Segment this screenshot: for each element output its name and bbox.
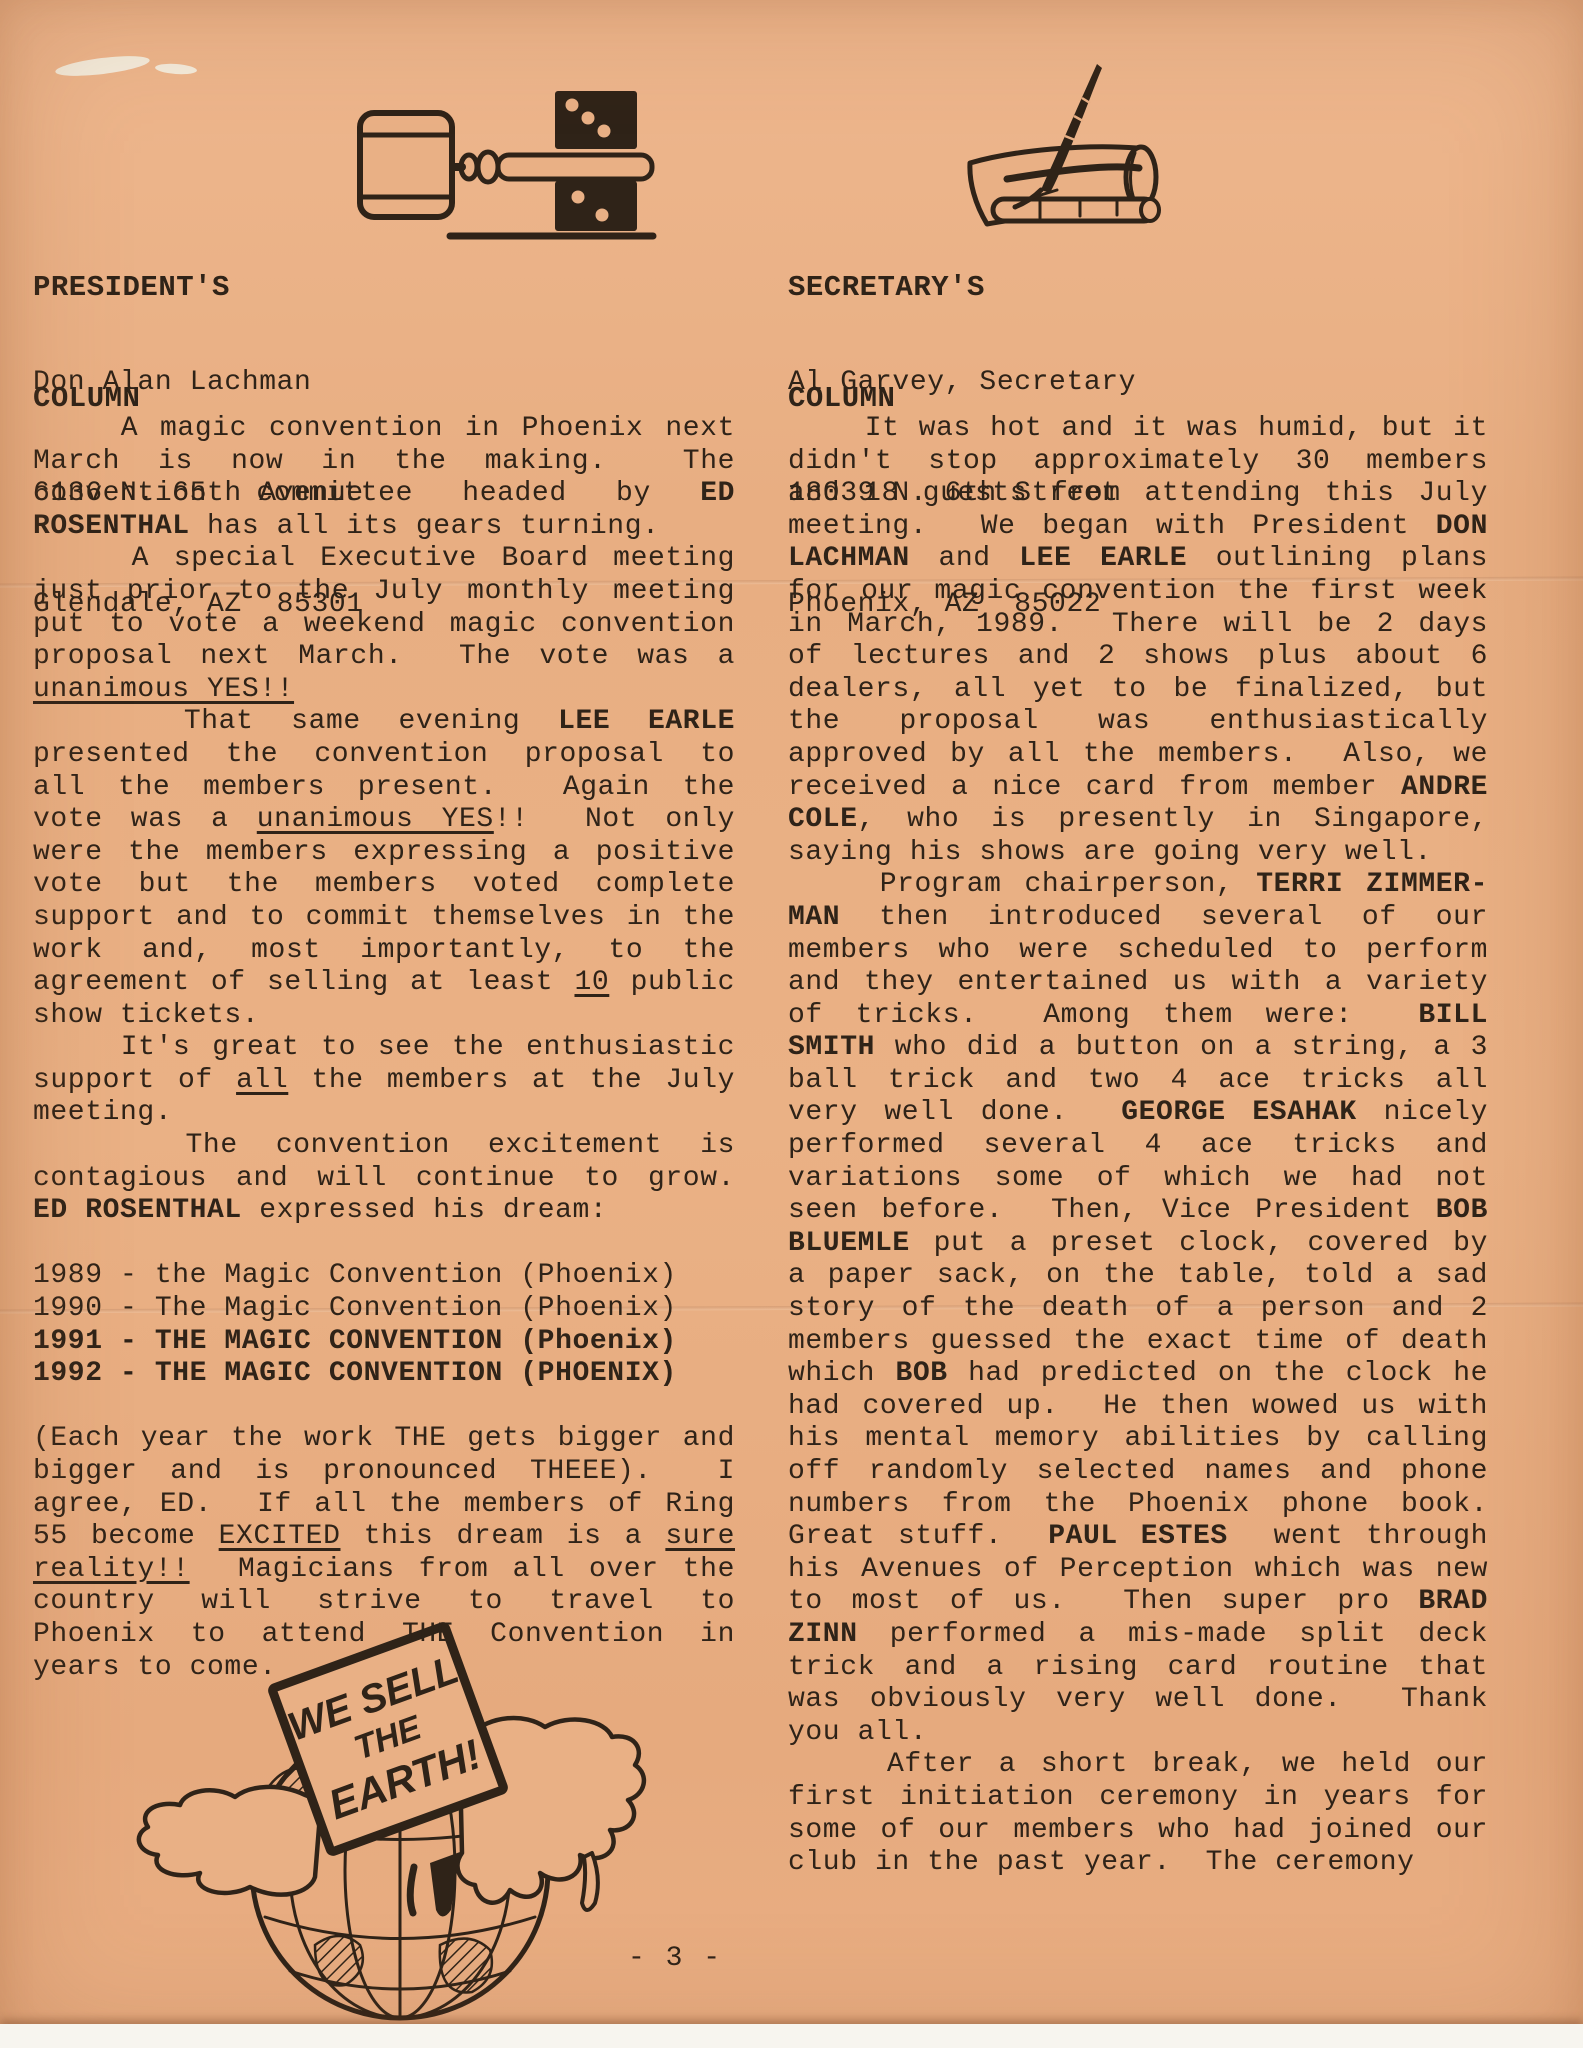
text-line: didn't stop approximately 30 members — [788, 446, 1488, 479]
byline-name: Don Alan Lachman — [33, 364, 364, 401]
text-line: members guessed the exact time of death — [788, 1326, 1488, 1359]
text-line: 55 become EXCITED this dream is a sure — [33, 1521, 735, 1554]
text-line: put to vote a weekend magic convention — [33, 609, 735, 642]
paper-tear-spot — [54, 52, 150, 79]
text-line: meeting. — [33, 1097, 735, 1130]
text-line: Phoenix to attend THE Convention in — [33, 1619, 735, 1652]
text-line: That same evening LEE EARLE — [33, 706, 735, 739]
text-line: vote but the members voted complete — [33, 869, 735, 902]
text-line: trick and a rising card routine that — [788, 1652, 1488, 1685]
text-line — [33, 1228, 735, 1261]
text-line: were the members expressing a positive — [33, 837, 735, 870]
text-line: (Each year the work THE gets bigger and — [33, 1423, 735, 1456]
text-line: show tickets. — [33, 1000, 735, 1033]
text-line: support of all the members at the July — [33, 1065, 735, 1098]
text-line: for our magic convention the first week — [788, 576, 1488, 609]
text-line: vote was a unanimous YES!! Not only — [33, 804, 735, 837]
text-line: first initiation ceremony in years for — [788, 1782, 1488, 1815]
gavel-icon — [350, 85, 660, 250]
byline-name: Al Garvey, Secretary — [788, 364, 1136, 401]
text-line: of lectures and 2 shows plus about 6 — [788, 641, 1488, 674]
text-line: and they entertained us with a variety — [788, 967, 1488, 1000]
text-line: unanimous YES!! — [33, 674, 735, 707]
text-line: Great stuff. PAUL ESTES went through — [788, 1521, 1488, 1554]
text-line: It was hot and it was humid, but it — [788, 413, 1488, 446]
text-line: approved by all the members. Also, we — [788, 739, 1488, 772]
text-line — [33, 1391, 735, 1424]
text-line: of tricks. Among them were: BILL — [788, 1000, 1488, 1033]
text-line: just prior to the July monthly meeting — [33, 576, 735, 609]
text-line: A magic convention in Phoenix next — [33, 413, 735, 446]
secretarys-column-body: It was hot and it was humid, but itdidn'… — [788, 413, 1488, 1880]
paper-bottom-edge — [0, 2024, 1583, 2048]
text-line: ED ROSENTHAL expressed his dream: — [33, 1195, 735, 1228]
text-line: 1992 - THE MAGIC CONVENTION (PHOENIX) — [33, 1358, 735, 1391]
text-line: proposal next March. The vote was a — [33, 641, 735, 674]
text-line: story of the death of a person and 2 — [788, 1293, 1488, 1326]
gavel-illustration — [350, 85, 660, 250]
text-line: all the members present. Again the — [33, 772, 735, 805]
text-line: which BOB had predicted on the clock he — [788, 1358, 1488, 1391]
text-line: numbers from the Phoenix phone book. — [788, 1489, 1488, 1522]
text-line: seen before. Then, Vice President BOB — [788, 1195, 1488, 1228]
text-line: presented the convention proposal to — [33, 739, 735, 772]
text-line: ROSENTHAL has all its gears turning. — [33, 511, 735, 544]
text-line: his Avenues of Perception which was new — [788, 1554, 1488, 1587]
text-line: 1989 - the Magic Convention (Phoenix) — [33, 1260, 735, 1293]
text-line: members who were scheduled to perform — [788, 935, 1488, 968]
page-number: - 3 - — [560, 1943, 790, 1974]
text-line: work and, most importantly, to the — [33, 935, 735, 968]
text-line: in March, 1989. There will be 2 days — [788, 609, 1488, 642]
text-line: BLUEMLE put a preset clock, covered by — [788, 1228, 1488, 1261]
text-line: dealers, all yet to be finalized, but — [788, 674, 1488, 707]
text-line: The convention excitement is — [33, 1130, 735, 1163]
text-line: contagious and will continue to grow. — [33, 1163, 735, 1196]
text-line: A special Executive Board meeting — [33, 543, 735, 576]
text-line: to most of us. Then super pro BRAD — [788, 1586, 1488, 1619]
text-line: his mental memory abilities by calling — [788, 1423, 1488, 1456]
text-line: a paper sack, on the table, told a sad — [788, 1260, 1488, 1293]
text-line: and 18 guests from attending this July — [788, 478, 1488, 511]
text-line: MAN then introduced several of our — [788, 902, 1488, 935]
text-line: years to come. — [33, 1652, 735, 1685]
text-line: some of our members who had joined our — [788, 1815, 1488, 1848]
text-line: received a nice card from member ANDRE — [788, 772, 1488, 805]
text-line: saying his shows are going very well. — [788, 837, 1488, 870]
text-line: meeting. We began with President DON — [788, 511, 1488, 544]
text-line: agreement of selling at least 10 public — [33, 967, 735, 1000]
text-line: It's great to see the enthusiastic — [33, 1032, 735, 1065]
text-line: very well done. GEORGE ESAHAK nicely — [788, 1097, 1488, 1130]
text-line: reality!! Magicians from all over the — [33, 1554, 735, 1587]
text-line: March is now in the making. The — [33, 446, 735, 479]
text-line: was obviously very well done. Thank — [788, 1684, 1488, 1717]
text-line: variations some of which we had not — [788, 1163, 1488, 1196]
text-line: After a short break, we held our — [788, 1749, 1488, 1782]
newsletter-page: WE SELL THE EARTH! PRESIDENT'S COLUMN Do… — [0, 0, 1583, 2048]
paper-tear-spot — [155, 63, 198, 76]
text-line: Program chairperson, TERRI ZIMMER- — [788, 869, 1488, 902]
text-line: ZINN performed a mis-made split deck — [788, 1619, 1488, 1652]
text-line: 1990 - The Magic Convention (Phoenix) — [33, 1293, 735, 1326]
text-line: SMITH who did a button on a string, a 3 — [788, 1032, 1488, 1065]
text-line: club in the past year. The ceremony — [788, 1847, 1488, 1880]
text-line: COLE, who is presently in Singapore, — [788, 804, 1488, 837]
text-line: had covered up. He then wowed us with — [788, 1391, 1488, 1424]
text-line: you all. — [788, 1717, 1488, 1750]
text-line: bigger and is pronounced THEEE). I — [33, 1456, 735, 1489]
text-line: LACHMAN and LEE EARLE outlining plans — [788, 543, 1488, 576]
presidents-column-body: A magic convention in Phoenix nextMarch … — [33, 413, 735, 1684]
text-line: off randomly selected names and phone — [788, 1456, 1488, 1489]
text-line: support and to commit themselves in the — [33, 902, 735, 935]
text-line: ball trick and two 4 ace tricks all — [788, 1065, 1488, 1098]
text-line: convention committee headed by ED — [33, 478, 735, 511]
text-line: the proposal was enthusiastically — [788, 706, 1488, 739]
text-line: 1991 - THE MAGIC CONVENTION (Phoenix) — [33, 1326, 735, 1359]
text-line: country will strive to travel to — [33, 1586, 735, 1619]
text-line: agree, ED. If all the members of Ring — [33, 1489, 735, 1522]
text-line: performed several 4 ace tricks and — [788, 1130, 1488, 1163]
